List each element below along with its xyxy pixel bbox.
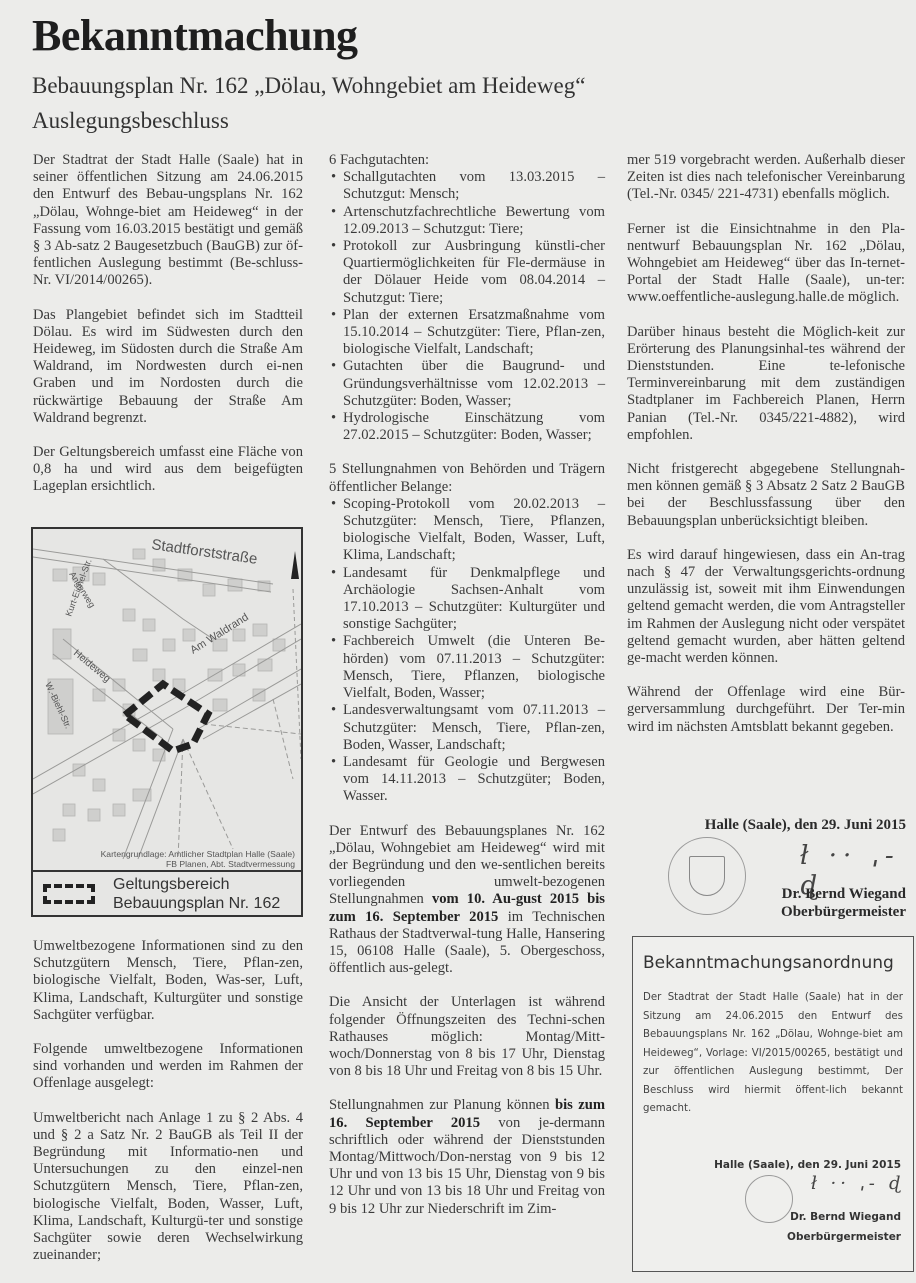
plan-subtitle: Bebauungsplan Nr. 162 „Dölau, Wohngebiet… [32, 73, 585, 99]
map-drawing: Stadtforststraße Angerweg Kurt-Eichel-St… [33, 529, 301, 869]
list-item: Hydrologische Einschätzung vom 27.02.201… [329, 410, 605, 444]
expert-reports-list: Schallgutachten vom 13.03.2015 – Schutzg… [329, 169, 605, 444]
paragraph-late-submissions: Nicht fristgerecht abgegebene Stellungna… [627, 461, 905, 530]
signatory: Dr. Bernd Wiegand Oberbürgermeister [781, 885, 906, 921]
decision-subtitle: Auslegungsbeschluss [32, 108, 229, 134]
paragraph-internet: Ferner ist die Einsichtnahme in den Pla-… [627, 221, 905, 307]
list-item: Gutachten über die Baugrund- und Gründun… [329, 358, 605, 410]
list-item: Fachbereich Umwelt (die Unteren Be-hörde… [329, 633, 605, 702]
paragraph-env-list-intro: Folgende umweltbezogene Informationen si… [33, 1041, 303, 1093]
column-1: Der Stadtrat der Stadt Halle (Saale) hat… [33, 152, 303, 513]
column-2: 6 Fachgutachten: Schallgutachten vom 13.… [329, 152, 605, 1235]
page-title: Bekanntmachung [32, 10, 358, 61]
list-item: Schallgutachten vom 13.03.2015 – Schutzg… [329, 169, 605, 203]
column-1-lower: Umweltbezogene Informationen sind zu den… [33, 938, 303, 1281]
signature-block: Halle (Saale), den 29. Juni 2015 ł ·· ˌ-… [630, 815, 906, 925]
paragraph-env-info: Umweltbezogene Informationen sind zu den… [33, 938, 303, 1024]
list-item: Plan der externen Ersatzmaßnahme vom 15.… [329, 307, 605, 359]
street-label-heideweg: Heideweg [71, 648, 112, 685]
paragraph-legal-notice: Es wird darauf hingewiesen, dass ein An-… [627, 547, 905, 667]
box-signatory: Dr. Bernd Wiegand Oberbürgermeister [787, 1207, 901, 1247]
publication-order-box: Bekanntmachungsanordnung Der Stadtrat de… [632, 936, 914, 1272]
paragraph-submissions: Stellungnahmen zur Planung können bis zu… [329, 1097, 605, 1217]
paragraph-env-report: Umweltbericht nach Anlage 1 zu § 2 Abs. … [33, 1110, 303, 1265]
paragraph-room: mer 519 vorgebracht werden. Außerhalb di… [627, 152, 905, 204]
paragraph-consultation: Darüber hinaus besteht die Möglich-keit … [627, 324, 905, 444]
paragraph-citizens-meeting: Während der Offenlage wird eine Bür-gerv… [627, 684, 905, 736]
map-legend: Geltungsbereich Bebauungsplan Nr. 162 [33, 870, 301, 917]
handwritten-signature: ł ·· ˌ- ɖ [811, 1173, 904, 1194]
site-plan-map: Stadtforststraße Angerweg Kurt-Eichel-St… [31, 527, 303, 917]
statements-heading: 5 Stellungnahmen von Behörden und Träger… [329, 461, 605, 495]
paragraph-draft-display: Der Entwurf des Bebauungsplanes Nr. 162 … [329, 823, 605, 978]
north-arrow-icon [291, 551, 299, 579]
street-label-stadtforst: Stadtforststraße [150, 536, 258, 568]
legend-label: Geltungsbereich Bebauungsplan Nr. 162 [113, 875, 280, 913]
paragraph-opening-hours: Die Ansicht der Unterlagen ist während f… [329, 994, 605, 1080]
list-item: Landesamt für Denkmalpflege und Archäolo… [329, 565, 605, 634]
box-body: Der Stadtrat der Stadt Halle (Saale) hat… [643, 989, 903, 1119]
list-item: Landesverwaltungsamt vom 07.11.2013 – Sc… [329, 702, 605, 754]
signature-date: Halle (Saale), den 29. Juni 2015 [705, 817, 906, 834]
newspaper-page: Bekanntmachung Bebauungsplan Nr. 162 „Dö… [0, 0, 916, 1283]
box-title: Bekanntmachungsanordnung [643, 953, 894, 973]
city-seal-icon [668, 837, 746, 915]
list-item: Artenschutzfachrechtliche Bewertung vom … [329, 204, 605, 238]
paragraph-council-decision: Der Stadtrat der Stadt Halle (Saale) hat… [33, 152, 303, 290]
column-3: mer 519 vorgebracht werden. Außerhalb di… [627, 152, 905, 753]
paragraph-scope: Der Geltungsbereich umfasst eine Fläche … [33, 444, 303, 496]
map-credit: Kartengrundlage: Amtlicher Stadtplan Hal… [39, 849, 295, 869]
list-item: Landesamt für Geologie und Bergwesen vom… [329, 754, 605, 806]
expert-reports-heading: 6 Fachgutachten: [329, 152, 605, 169]
statements-list: Scoping-Protokoll vom 20.02.2013 – Schut… [329, 496, 605, 806]
box-date: Halle (Saale), den 29. Juni 2015 [714, 1159, 901, 1171]
boundary-symbol-icon [43, 884, 95, 904]
list-item: Scoping-Protokoll vom 20.02.2013 – Schut… [329, 496, 605, 565]
city-seal-icon [745, 1175, 793, 1223]
paragraph-plan-area: Das Plangebiet befindet sich im Stadttei… [33, 307, 303, 427]
list-item: Protokoll zur Ausbringung künstli-cher Q… [329, 238, 605, 307]
